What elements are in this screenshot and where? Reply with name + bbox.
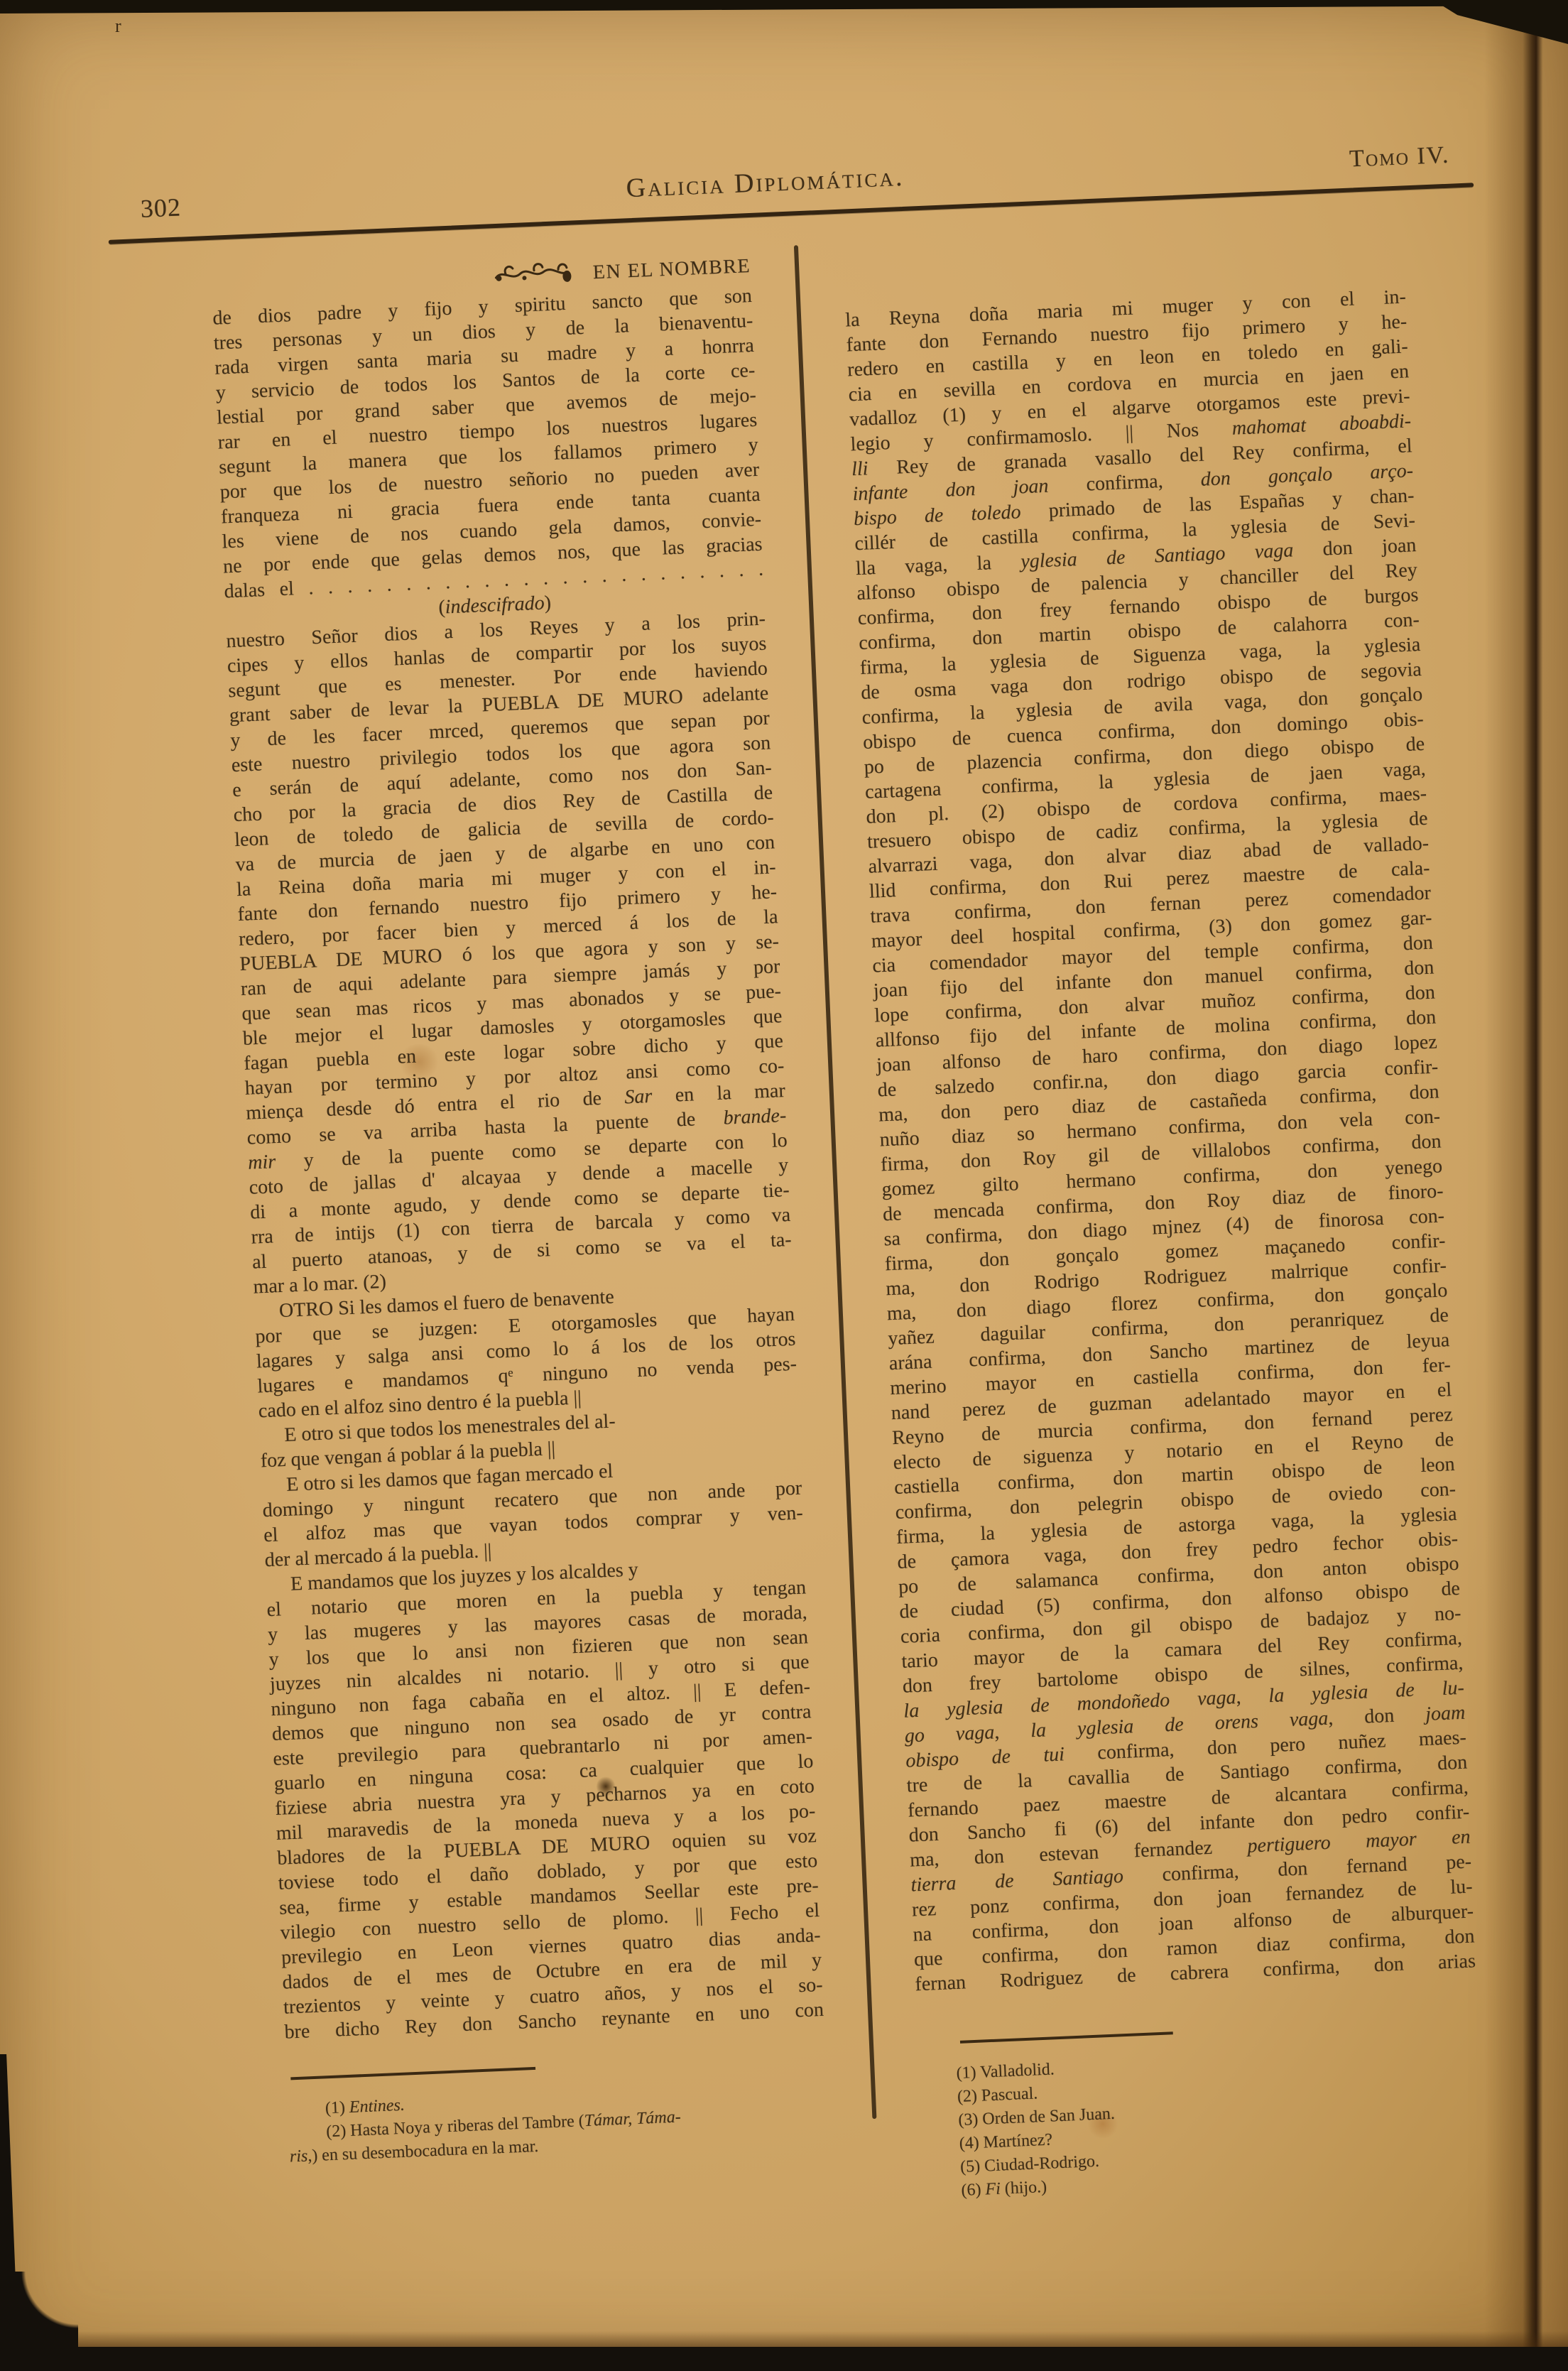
right-footnote-rule [960,2031,1173,2044]
volume-label: Tomo IV. [1349,142,1450,173]
floral-vine-ornament-icon [493,259,581,294]
right-column-body: la Reyna doña maria mi muger y con el in… [845,284,1476,1997]
left-column: EN EL NOMBREde dios padre y fijo y spiri… [211,251,832,2230]
scan-speck: r [115,16,121,37]
book-gutter-shadow [1484,0,1568,2371]
right-footnotes: (1) Valladolid.(2) Pascual.(3) Orden de … [918,2040,1485,2204]
left-footnotes: (1) Entines.(2) Hasta Noya y riberas del… [288,2076,829,2169]
text-columns: EN EL NOMBREde dios padre y fijo y spiri… [104,221,1563,2235]
scan-corner-bottom-left [0,2272,78,2357]
right-column: la Reyna doña maria mi muger y con el in… [845,284,1485,2204]
scan-edge-bottom [0,2347,1568,2371]
left-footnote-rule [290,2067,535,2080]
left-column-body: EN EL NOMBREde dios padre y fijo y spiri… [211,251,824,2045]
page-number: 302 [140,192,182,224]
page-content: 302 Galicia Diplomática. Tomo IV. EN EL … [101,131,1563,2235]
